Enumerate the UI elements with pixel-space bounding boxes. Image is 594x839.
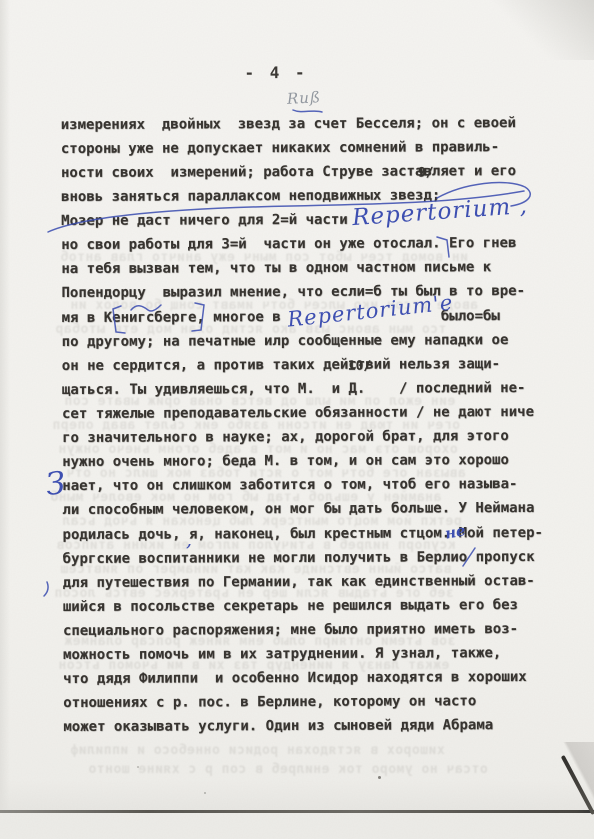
typed-line: щаться. Ты удивляешься, что М. и Д. / по…: [62, 380, 526, 399]
typed-line: Мозер не даст ничего для 2=й части: [61, 212, 348, 230]
page-number: - 4 -: [244, 63, 307, 82]
handwritten-comma-insertion: ,: [186, 529, 192, 551]
typed-line: для путешествия по Германии, так как еди…: [63, 573, 535, 592]
typed-line: может оказывать услуги. Один из сыновей …: [63, 717, 493, 736]
typed-line: Попендорцу выразил мнение, что если=б ты…: [61, 283, 525, 302]
typed-line: ности своих измерений; работа Струве зас…: [61, 163, 516, 182]
corner-shading-top-right: [464, 0, 594, 60]
typed-line: бургские воспитанники не могли получить …: [63, 549, 535, 568]
pencil-note: Ruß: [287, 88, 322, 108]
typed-line: на тебя вызван тем, что ты в одном частн…: [61, 259, 491, 278]
typed-line: измерениях двойных звезд за счет Бесселя…: [61, 115, 516, 134]
typed-line: по другому; на печатные илр сообщенные е…: [62, 332, 509, 351]
ink-speck: [137, 766, 139, 768]
typed-line: родилась дочь, я, наконец, был крестным …: [62, 525, 543, 544]
typed-line: шийся в посольстве секретарь не решился …: [63, 597, 518, 616]
edge-shading-left: [0, 0, 10, 839]
typed-line: стороны уже не допускает никаких сомнени…: [61, 139, 499, 158]
ink-speck: [378, 776, 381, 779]
handwritten-margin-letter: З: [44, 465, 67, 503]
scanner-background: [0, 813, 594, 839]
typed-line: нает, что он слишком заботится о том, чт…: [62, 476, 517, 495]
typed-line: го значительного в науке; ах, дорогой бр…: [62, 428, 509, 447]
typed-text-layer: - 4 - измерениях двойных звезд за счет Б…: [0, 0, 594, 839]
typed-line: отношениях с р. пос. в Берлине, которому…: [63, 693, 476, 712]
handwritten-berlin-fix: не: [444, 521, 467, 542]
typed-line: сет тяжелые преподавательские обязанност…: [62, 404, 534, 423]
typed-line: что дядя Филиппи и особенно Исидор наход…: [63, 669, 527, 688]
footnote-marker-9: 9/: [418, 165, 434, 180]
paper-sheet: ин вомод тсеч ыбот соп мынч ежу аничто г…: [0, 0, 594, 839]
typed-line: ли способным человеком, он мог бы дать б…: [62, 500, 534, 519]
scanned-letter-page: ин вомод тсеч ыбот соп мынч ежу аничто г…: [0, 0, 594, 839]
typed-line: можность помочь им в их затруднении. Я у…: [63, 645, 501, 664]
typed-line: но свои работы для 3=й части он уже отос…: [61, 235, 516, 254]
typed-line: специального распоряжения; мне было прия…: [63, 621, 518, 640]
ink-speck: [204, 792, 206, 794]
footnote-marker-10: 10/: [348, 359, 372, 374]
typed-line: он не сердится, а против таких действий …: [62, 356, 500, 375]
typed-line: нужно очень много; беда М. в том, и он с…: [62, 452, 509, 471]
